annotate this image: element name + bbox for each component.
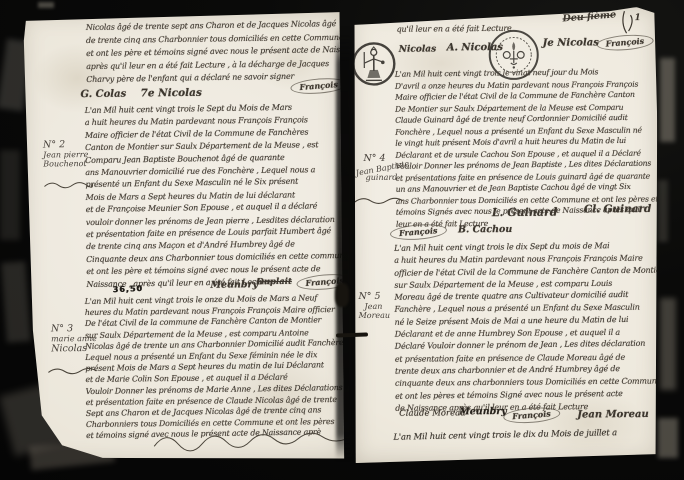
book-fore-edge	[660, 58, 675, 142]
ink-stamp-number: 36,50	[112, 284, 143, 294]
folio-number: 1	[634, 13, 640, 23]
mayor-paraph: François	[390, 224, 447, 239]
book-fore-edge	[660, 298, 676, 390]
book-fore-edge	[658, 418, 678, 458]
gutter-ink-blotch	[335, 283, 349, 307]
act-5-text: L'an Mil huit cent vingt trois le dix Se…	[394, 241, 655, 415]
signature: Je Nicolas	[543, 37, 599, 48]
signature: 7e Nicolas	[140, 87, 201, 100]
signature: Nicolas	[399, 44, 437, 54]
gutter-shadow	[336, 28, 352, 460]
act-1-end-text: Nicolas âgé de trente sept ans Charon et…	[86, 18, 341, 86]
record-number: N° 5	[358, 291, 390, 302]
closing-flourish	[152, 434, 352, 454]
act-3-text: L'an Mil huit cent vingt trois le onze d…	[85, 293, 345, 441]
signature: B. Cachou	[458, 224, 512, 235]
signature: Jean Moreau	[577, 409, 649, 420]
page-edge-stack	[38, 2, 54, 8]
margin-note-act-2: N° 2 Jean pierre Bouchenot	[43, 139, 89, 168]
page-edge-stack	[0, 150, 20, 240]
mayor-paraph: François	[597, 35, 654, 50]
signature: L. Guinard	[492, 206, 558, 219]
signature: Claude Moreau	[399, 408, 465, 418]
page-edge-stack	[1, 261, 31, 342]
registrant-name: Bouchenot	[43, 159, 88, 168]
signature: Meunbry	[210, 279, 258, 290]
act-6-first-line: L'an Mil huit cent vingt trois le dix du…	[393, 428, 617, 443]
signature: Cl. Guinard	[584, 203, 652, 215]
signature: Meunbry	[459, 406, 507, 417]
page-corner-mark: Deu fième	[562, 9, 616, 24]
act-2-text: L'an Mil huit cent vingt trois le Sept d…	[85, 102, 343, 291]
record-number: N° 2	[43, 139, 88, 150]
register-left-page: Nicolas âgé de trente sept ans Charon et…	[22, 10, 345, 463]
book-fore-edge	[658, 180, 668, 242]
signature: G. Colas	[80, 89, 126, 100]
mayor-paraph: François	[503, 408, 560, 423]
photographed-civil-register: Nicolas âgé de trente sept ans Charon et…	[0, 0, 684, 480]
struck-signature: Duplait	[256, 277, 291, 287]
margin-note-act-5: N° 5 Jean Moreau	[358, 291, 390, 320]
registrant-name: Jean pierre	[43, 150, 88, 159]
register-right-page: Deu fième 1 qu'il leur en a été fait Lec…	[350, 7, 659, 463]
registrant-name: Jean	[358, 302, 390, 311]
registrant-name: Moreau	[359, 311, 391, 320]
figure-stamp-icon	[351, 41, 397, 87]
